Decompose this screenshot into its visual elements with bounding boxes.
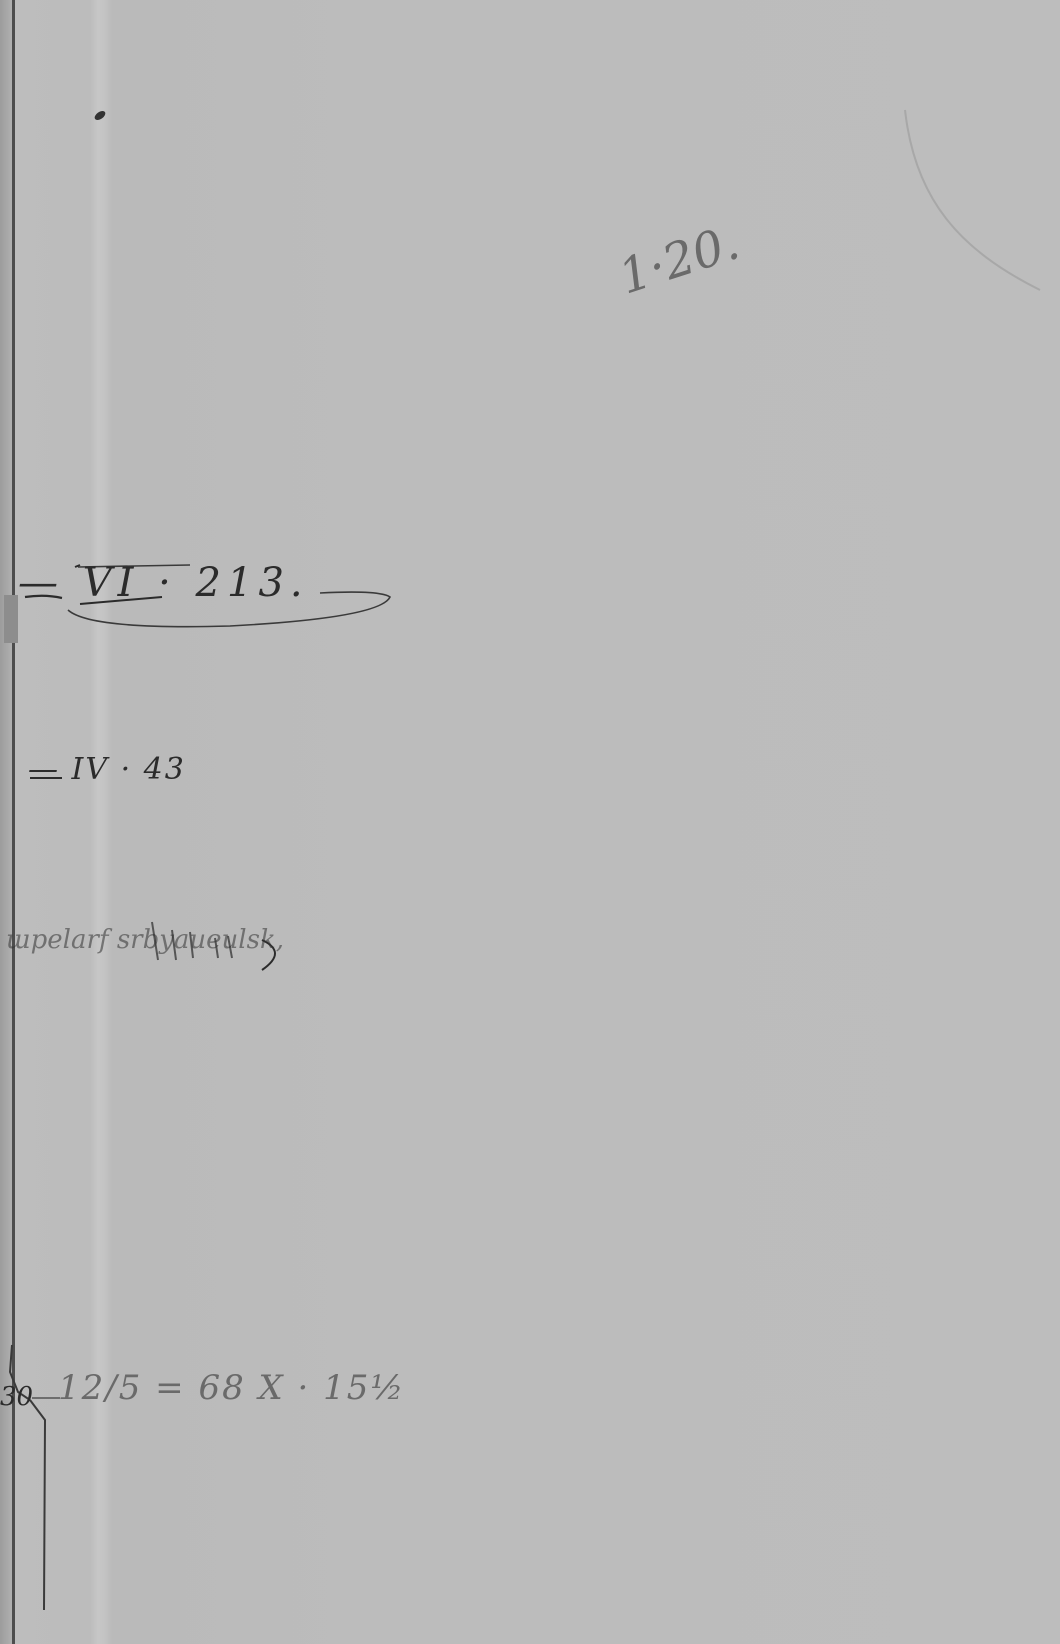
illegible-scribble: ɯpelarf srbyaueulsk, xyxy=(6,925,284,955)
dated-pencil-note: 12/5 = 68 X · 15½ xyxy=(58,1368,405,1408)
scanned-page: 1·20. — VI · 213. — IV · 43 ɯpelarf srby… xyxy=(0,0,1060,1644)
shelfmark-main: — VI · 213. xyxy=(18,560,309,606)
shelfmark-secondary: — IV · 43 xyxy=(28,752,186,787)
paper-crease xyxy=(905,110,1040,290)
margin-number: 30 xyxy=(0,1382,33,1412)
